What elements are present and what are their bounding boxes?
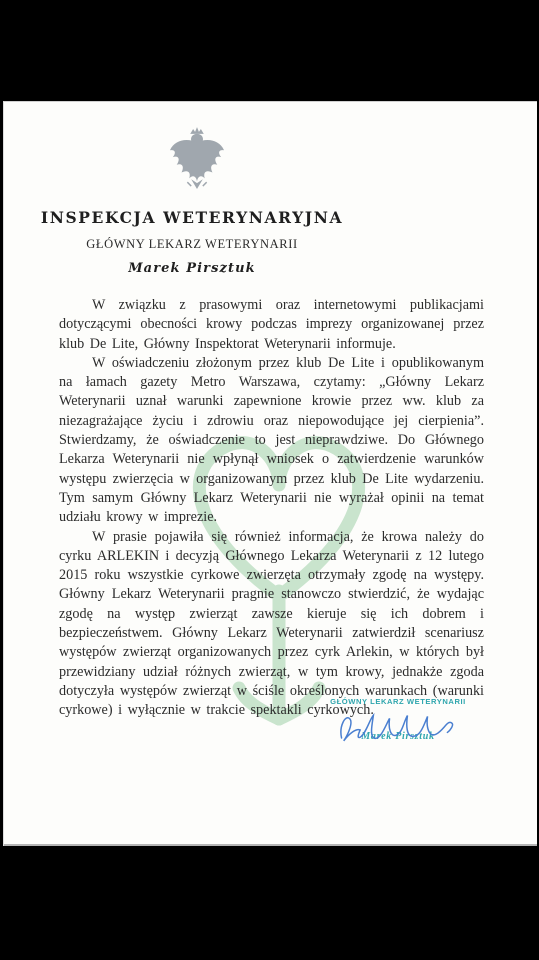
polish-eagle-icon: [168, 127, 226, 191]
officer-name: Marek Pirsztuk: [31, 261, 353, 276]
letterbox-background: INSPEKCJA WETERYNARYJNA GŁÓWNY LEKARZ WE…: [0, 0, 539, 960]
letter-body: W związku z prasowymi oraz internetowymi…: [59, 296, 484, 721]
letterhead: INSPEKCJA WETERYNARYJNA GŁÓWNY LEKARZ WE…: [31, 208, 353, 276]
paragraph: W oświadczeniu złożonym przez klub De Li…: [59, 354, 484, 528]
handwritten-signature-icon: [334, 702, 462, 751]
office-title: GŁÓWNY LEKARZ WETERYNARII: [31, 237, 353, 252]
institution-title: INSPEKCJA WETERYNARYJNA: [31, 208, 353, 227]
document-page: INSPEKCJA WETERYNARYJNA GŁÓWNY LEKARZ WE…: [3, 101, 537, 846]
paragraph: W związku z prasowymi oraz internetowymi…: [59, 296, 484, 354]
paragraph: W prasie pojawiła się również informacja…: [59, 528, 484, 721]
signature-block: GŁÓWNY LEKARZ WETERYNARII Marek Pirsztuk: [330, 697, 466, 742]
scan-background: { "window": { "background": "#000000", "…: [0, 0, 539, 960]
